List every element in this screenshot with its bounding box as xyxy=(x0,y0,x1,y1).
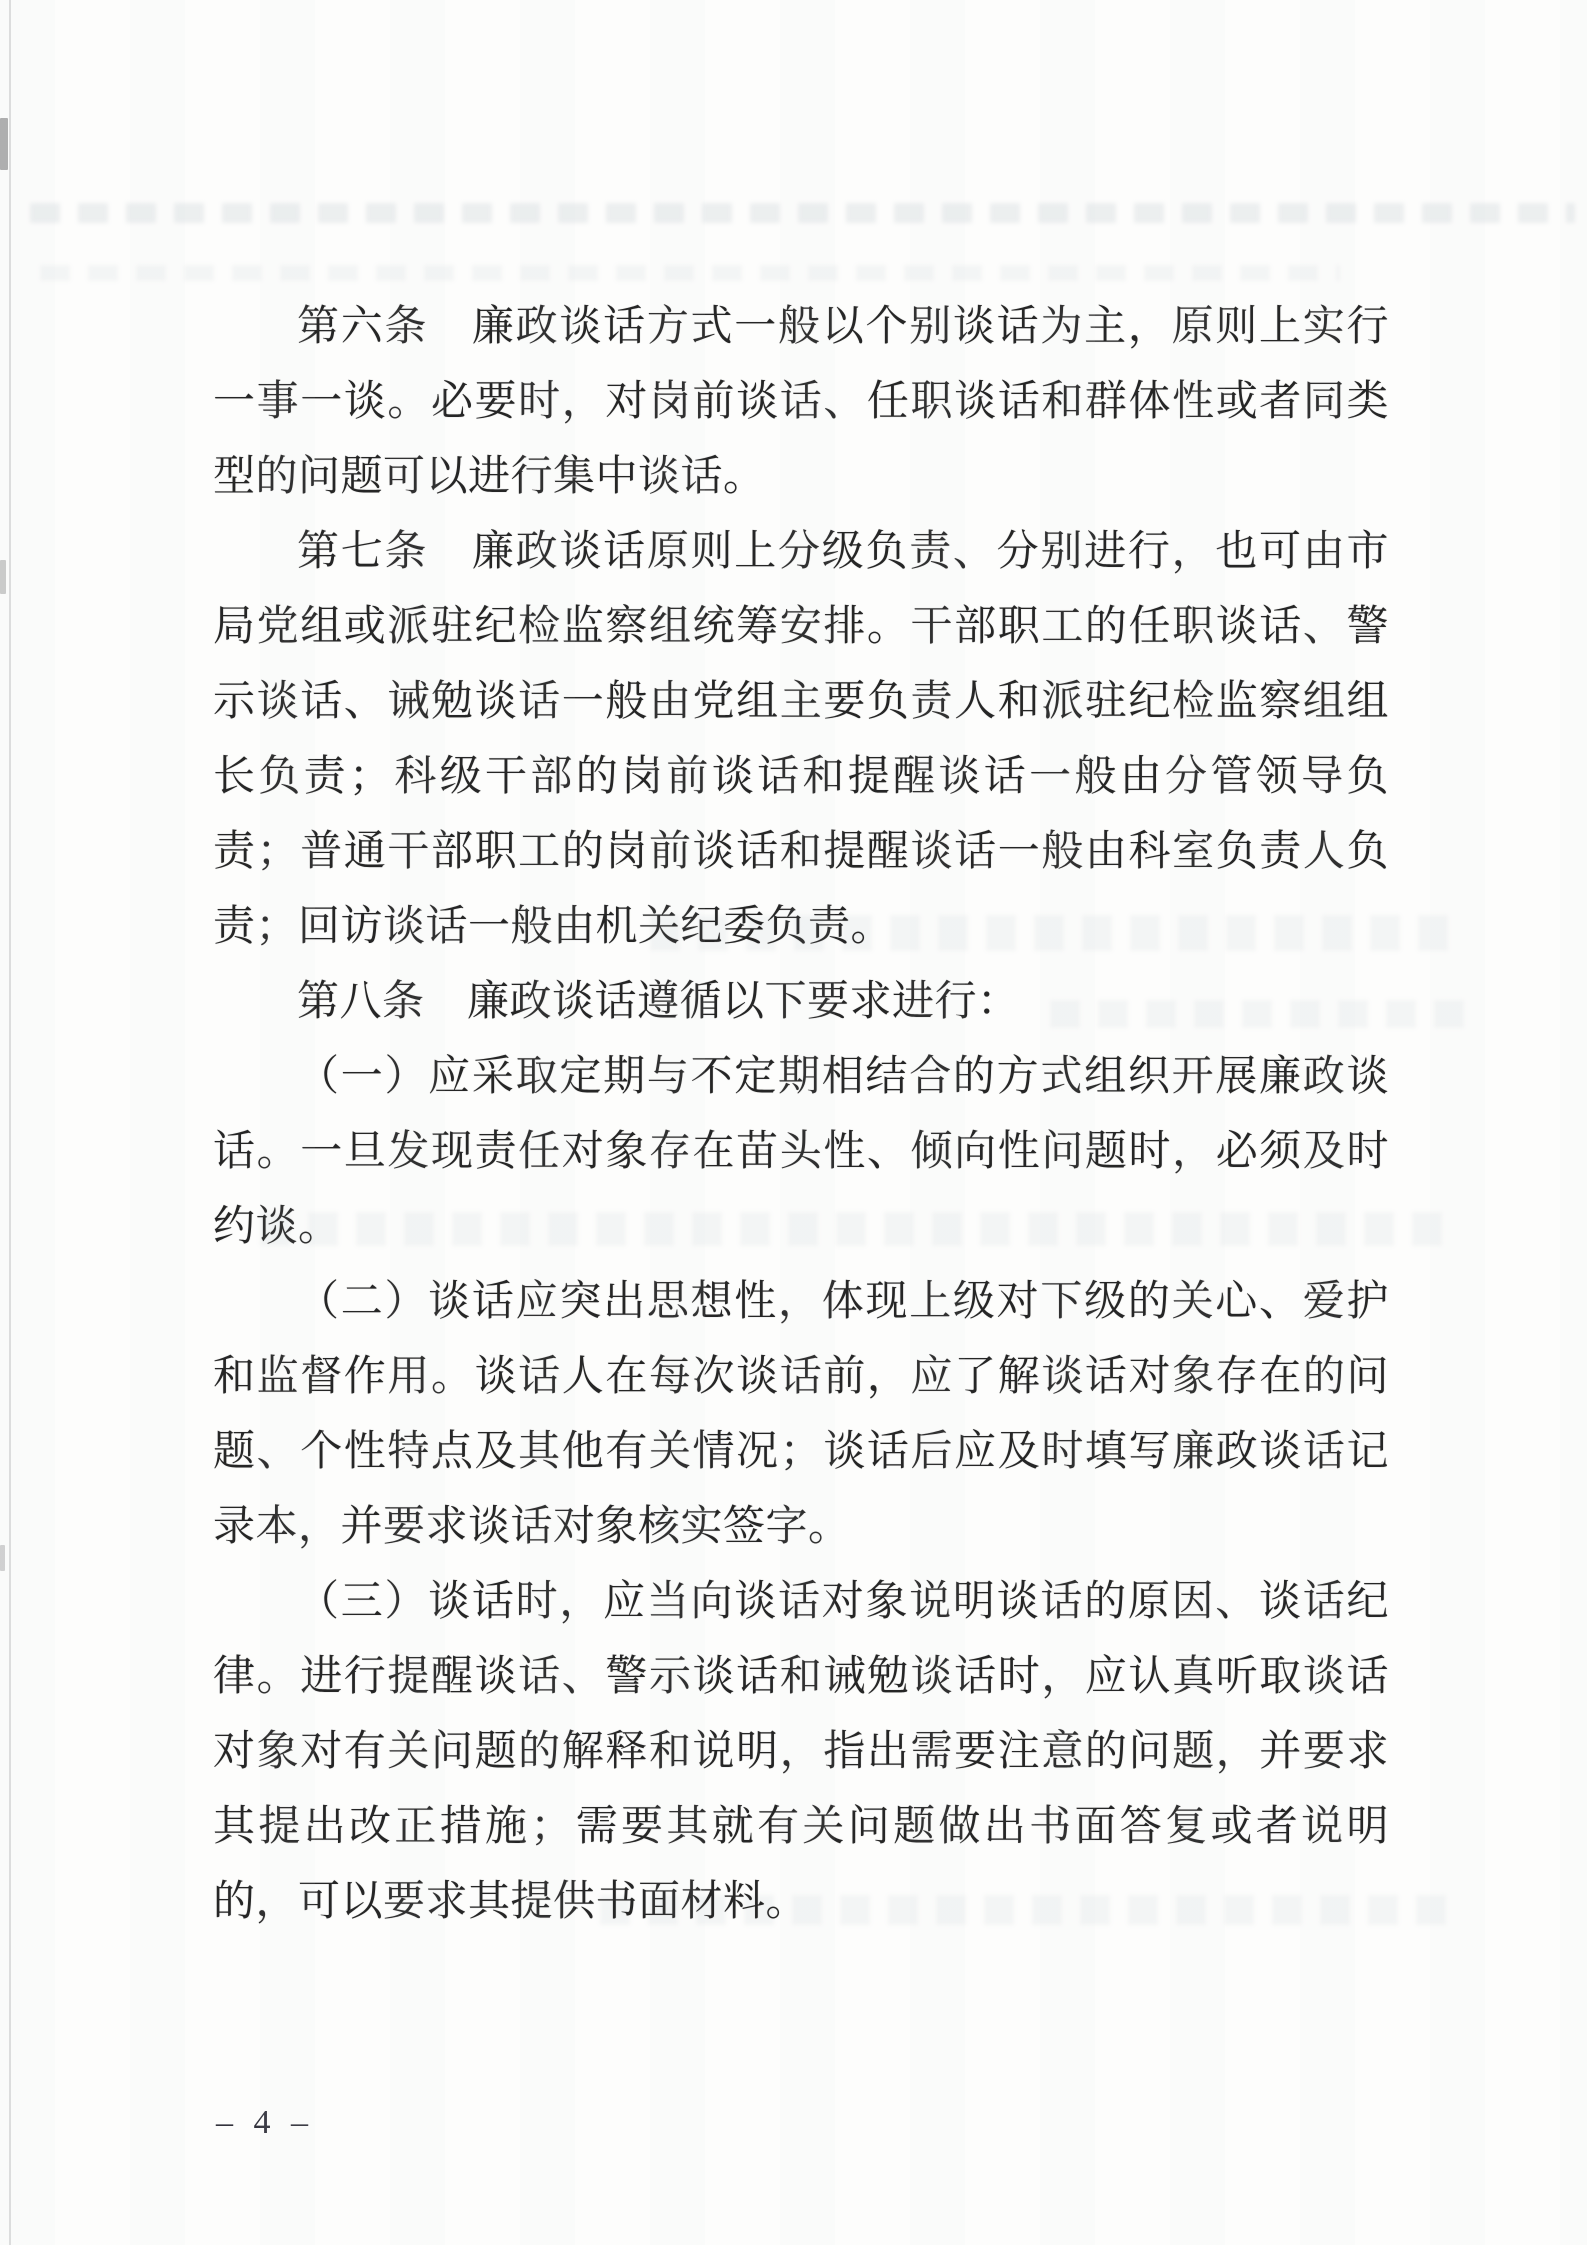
paragraph-article-8-heading: 第八条 廉政谈话遵循以下要求进行： xyxy=(213,965,1389,1040)
paragraph-article-7: 第七条 廉政谈话原则上分级负责、分别进行，也可由市局党组或派驻纪检监察组统筹安排… xyxy=(213,515,1389,965)
page-number: – 4 – xyxy=(216,2104,314,2142)
scan-edge-line xyxy=(9,0,11,2245)
paragraph-article-8-item-1: （一）应采取定期与不定期相结合的方式组织开展廉政谈话。一旦发现责任对象存在苗头性… xyxy=(213,1040,1389,1265)
paragraph-article-8-item-3: （三）谈话时，应当向谈话对象说明谈话的原因、谈话纪律。进行提醒谈话、警示谈话和诫… xyxy=(213,1565,1389,1940)
bleed-through-band xyxy=(30,203,1575,223)
scanned-document-page: 第六条 廉政谈话方式一般以个别谈话为主，原则上实行一事一谈。必要时，对岗前谈话、… xyxy=(0,0,1587,2245)
scan-edge-mark xyxy=(0,118,8,170)
scan-edge-mark xyxy=(0,1545,5,1571)
bleed-through-band xyxy=(40,265,1340,281)
paragraph-article-8-item-2: （二）谈话应突出思想性，体现上级对下级的关心、爱护和监督作用。谈话人在每次谈话前… xyxy=(213,1265,1389,1565)
document-body: 第六条 廉政谈话方式一般以个别谈话为主，原则上实行一事一谈。必要时，对岗前谈话、… xyxy=(213,290,1389,1940)
scan-edge-mark xyxy=(0,560,6,594)
paragraph-article-6: 第六条 廉政谈话方式一般以个别谈话为主，原则上实行一事一谈。必要时，对岗前谈话、… xyxy=(213,290,1389,515)
